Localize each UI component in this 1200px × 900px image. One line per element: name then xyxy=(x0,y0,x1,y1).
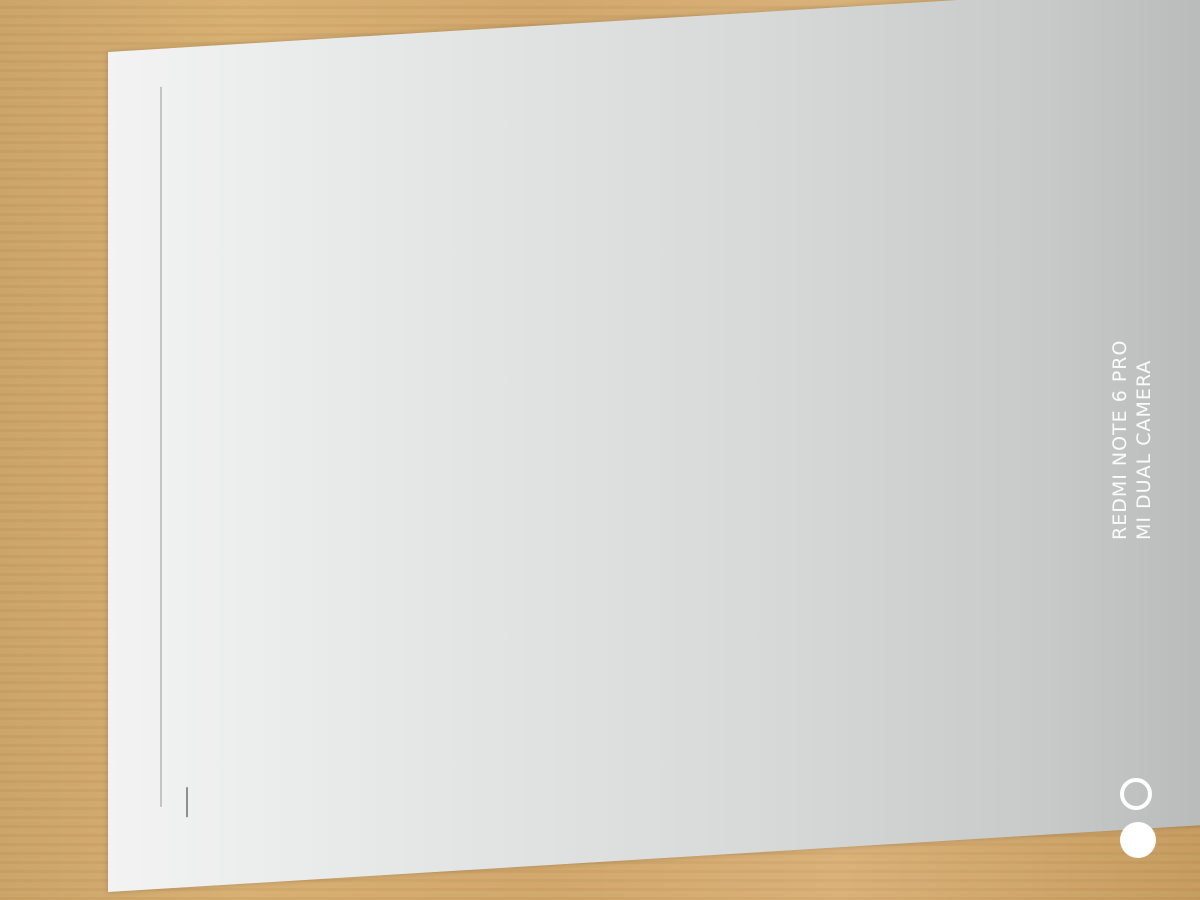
camera-label: MI DUAL CAMERA xyxy=(1132,340,1156,540)
camera-model: REDMI NOTE 6 PRO xyxy=(1108,340,1132,540)
camera-watermark: REDMI NOTE 6 PRO MI DUAL CAMERA xyxy=(1108,340,1156,540)
dot-icon xyxy=(1120,822,1156,858)
ring-icon xyxy=(1120,778,1152,810)
margin-mark xyxy=(186,787,188,817)
document-sheet xyxy=(108,0,1200,892)
page-edge-line xyxy=(160,87,162,807)
camera-watermark-logo xyxy=(1118,778,1158,898)
